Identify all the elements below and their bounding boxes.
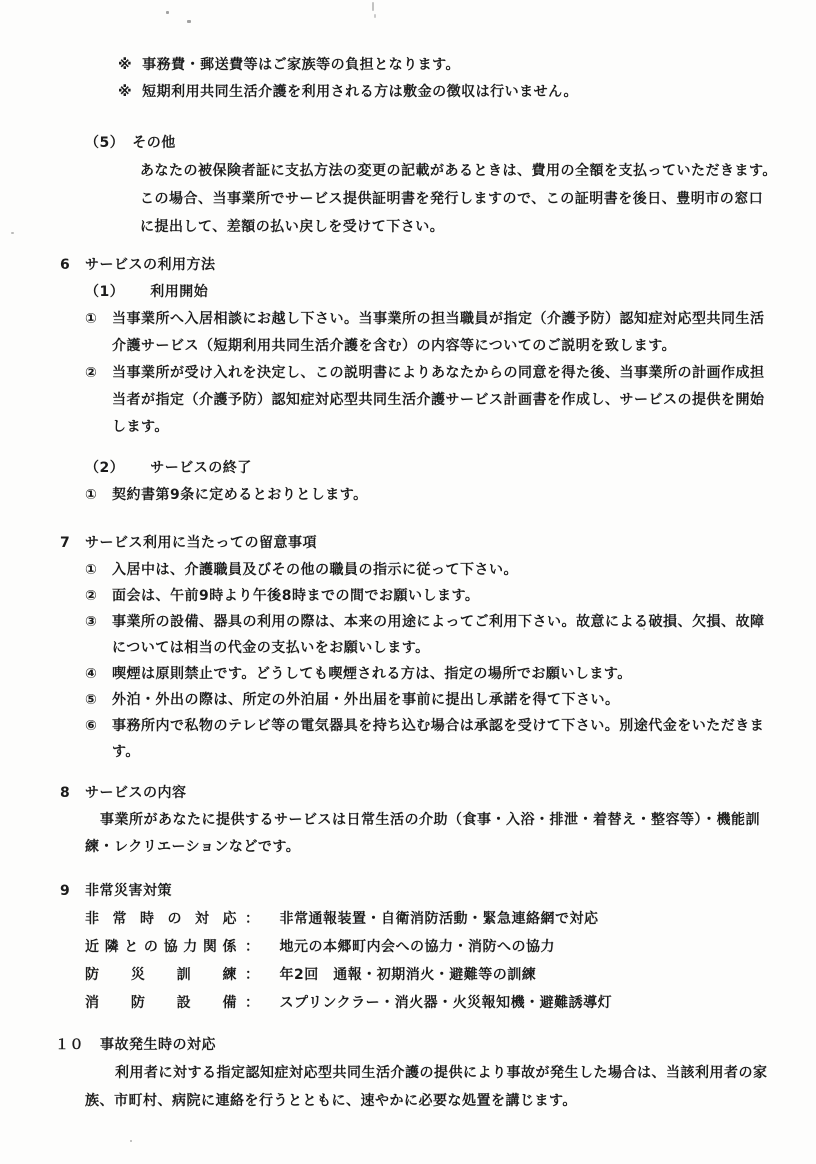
heading-title: 利用開始 [150,284,208,300]
section-8-service-content: 8サービスの内容 事業所があなたに提供するサービスは日常生活の介助（食事・入浴・… [60,780,760,861]
row-value: 年2回 通報・初期消火・避難等の訓練 [280,967,537,983]
emergency-row: 非常時の対応：非常通報装置・自衛消防活動・緊急連絡網で対応 [85,905,612,933]
scanned-document-page: ※事務費・郵送費等はご家族等の負担となります。 ※短期利用共同生活介護を利用され… [0,0,816,1164]
section-7-precautions: 7サービス利用に当たっての留意事項 ① 入居中は、介護職員及びその他の職員の指示… [60,530,765,765]
row-value: スプリンクラー・消火器・火災報知機・避難誘導灯 [280,995,613,1011]
row-label: 非常時の対応 [85,905,237,933]
section-heading: １０事故発生時の対応 [55,1032,768,1059]
paragraph: 事業所があなたに提供するサービスは日常生活の介助（食事・入浴・排泄・着替え・整容… [85,807,760,861]
emergency-row: 近隣との協力関係：地元の本郷町内会への協力・消防への協力 [85,933,612,961]
section-number: 7 [60,530,85,557]
item-line: 事務所内で私物のテレビ等の電気器具を持ち込む場合は承認を受けて下さい。別途代金を… [112,713,765,739]
section-number: 8 [60,780,85,807]
heading-number: （5） [85,135,124,151]
emergency-table: 非常時の対応：非常通報装置・自衛消防活動・緊急連絡網で対応 近隣との協力関係：地… [85,905,612,1017]
item-number: ④ [85,661,97,687]
notes-block: ※事務費・郵送費等はご家族等の負担となります。 ※短期利用共同生活介護を利用され… [118,52,578,106]
section-number: １０ [55,1032,100,1059]
section-title: サービスの内容 [85,785,187,801]
list-item: ⑤ 外泊・外出の際は、所定の外泊届・外出届を事前に提出し承諾を得て下さい。 [85,687,765,713]
section-title: 事故発生時の対応 [100,1037,216,1053]
emergency-row: 防災訓練：年2回 通報・初期消火・避難等の訓練 [85,961,612,989]
subsection-service-end: （2）サービスの終了 ① 契約書第9条に定めるとおりとします。 [85,455,368,509]
item-line: については相当の代金の支払いをお願いします。 [112,635,765,661]
item-line: 当事業所が受け入れを決定し、この説明書によりあなたからの同意を得た後、当事業所の… [112,360,765,387]
paragraph-line: あなたの被保険者証に支払方法の変更の記載があるときは、費用の全額を支払っていただ… [140,157,777,185]
scan-speck [372,2,374,11]
note-line: ※事務費・郵送費等はご家族等の負担となります。 [118,52,578,79]
note-text: 短期利用共同生活介護を利用される方は敷金の徴収は行いません。 [142,84,578,100]
item-line: します。 [112,414,765,441]
section-body: （1）利用開始 ① 当事業所へ入居相談にお越し下さい。当事業所の担当職員が指定（… [85,279,765,441]
scan-speck [166,11,169,14]
item-number: ③ [85,609,97,635]
section-title: 非常災害対策 [85,883,172,899]
row-colon: ： [245,967,260,983]
section-6-service-usage: 6サービスの利用方法 （1）利用開始 ① 当事業所へ入居相談にお越し下さい。当事… [60,252,765,441]
paragraph-line: 練・レクリエーションなどです。 [85,834,760,861]
item-line: 入居中は、介護職員及びその他の職員の指示に従って下さい。 [112,557,765,583]
item-line: 介護サービス（短期利用共同生活介護を含む）の内容等についてのご説明を致します。 [112,333,765,360]
paragraph: 利用者に対する指定認知症対応型共同生活介護の提供により事故が発生した場合は、当該… [85,1059,768,1115]
paragraph: あなたの被保険者証に支払方法の変更の記載があるときは、費用の全額を支払っていただ… [140,157,777,241]
item-line: 契約書第9条に定めるとおりとします。 [112,482,368,509]
item-number: ⑥ [85,713,97,739]
heading-title: その他 [132,135,176,151]
paragraph-line: 事業所があなたに提供するサービスは日常生活の介助（食事・入浴・排泄・着替え・整容… [85,807,760,834]
section-heading: 9非常災害対策 [60,878,612,905]
section-body: ① 入居中は、介護職員及びその他の職員の指示に従って下さい。 ② 面会は、午前9… [85,557,765,765]
list-item: ③ 事業所の設備、器具の利用の際は、本来の用途によってご利用下さい。故意による破… [85,609,765,661]
item-number: ① [85,482,97,509]
list-item: ① 当事業所へ入居相談にお越し下さい。当事業所の担当職員が指定（介護予防）認知症… [85,306,765,360]
paragraph-line: この場合、当事業所でサービス提供証明書を発行しますので、この証明書を後日、豊明市… [140,185,777,213]
row-label: 近隣との協力関係 [85,933,237,961]
scan-speck [187,20,191,23]
note-marker: ※ [118,57,132,73]
row-label: 防災訓練 [85,961,237,989]
item-line: 外泊・外出の際は、所定の外泊届・外出届を事前に提出し承諾を得て下さい。 [112,687,765,713]
row-value: 非常通報装置・自衛消防活動・緊急連絡網で対応 [280,911,599,927]
section-9-emergency-measures: 9非常災害対策 非常時の対応：非常通報装置・自衛消防活動・緊急連絡網で対応 近隣… [60,878,612,1017]
list-item: ② 面会は、午前9時より午後8時までの間でお願いします。 [85,583,765,609]
item-line: 当事業所へ入居相談にお越し下さい。当事業所の担当職員が指定（介護予防）認知症対応… [112,306,765,333]
section-title: サービスの利用方法 [85,257,216,273]
item-number: ② [85,583,97,609]
heading-number: （2） [85,460,124,476]
paragraph-line: 利用者に対する指定認知症対応型共同生活介護の提供により事故が発生した場合は、当該… [85,1059,768,1087]
row-colon: ： [245,995,260,1011]
section-5-other: （5）その他 あなたの被保険者証に支払方法の変更の記載があるときは、費用の全額を… [85,130,777,241]
item-line: 当者が指定（介護予防）認知症対応型共同生活介護サービス計画書を作成し、サービスの… [112,387,765,414]
emergency-row: 消防設備：スプリンクラー・消火器・火災報知機・避難誘導灯 [85,989,612,1017]
section-10-accident-response: １０事故発生時の対応 利用者に対する指定認知症対応型共同生活介護の提供により事故… [55,1032,768,1115]
item-number: ⑤ [85,687,97,713]
row-colon: ： [245,939,260,955]
scan-speck [374,14,376,18]
section-number: 9 [60,878,85,905]
subsection-heading: （2）サービスの終了 [85,455,368,482]
section-heading: 8サービスの内容 [60,780,760,807]
note-marker: ※ [118,84,132,100]
list-item: ② 当事業所が受け入れを決定し、この説明書によりあなたからの同意を得た後、当事業… [85,360,765,441]
paragraph-line: 族、市町村、病院に連絡を行うとともに、速やかに必要な処置を講じます。 [85,1087,768,1115]
item-number: ① [85,306,97,333]
item-line: す。 [112,739,765,765]
list-item: ① 入居中は、介護職員及びその他の職員の指示に従って下さい。 [85,557,765,583]
list-item: ① 契約書第9条に定めるとおりとします。 [85,482,368,509]
heading-number: （1） [85,284,124,300]
row-value: 地元の本郷町内会への協力・消防への協力 [280,939,556,955]
paragraph-line: に提出して、差額の払い戻しを受けて下さい。 [140,213,777,241]
row-label: 消防設備 [85,989,237,1017]
note-line: ※短期利用共同生活介護を利用される方は敷金の徴収は行いません。 [118,79,578,106]
scan-speck [11,232,14,234]
item-line: 事業所の設備、器具の利用の際は、本来の用途によってご利用下さい。故意による破損、… [112,609,765,635]
row-colon: ： [245,911,260,927]
heading-title: サービスの終了 [150,460,252,476]
scan-speck [130,1140,132,1142]
list-item: ④ 喫煙は原則禁止です。どうしても喫煙される方は、指定の場所でお願いします。 [85,661,765,687]
section-title: サービス利用に当たっての留意事項 [85,535,317,551]
note-text: 事務費・郵送費等はご家族等の負担となります。 [142,57,460,73]
item-number: ② [85,360,97,387]
section-heading: 6サービスの利用方法 [60,252,765,279]
item-line: 面会は、午前9時より午後8時までの間でお願いします。 [112,583,765,609]
item-number: ① [85,557,97,583]
list-item: ⑥ 事務所内で私物のテレビ等の電気器具を持ち込む場合は承認を受けて下さい。別途代… [85,713,765,765]
section-number: 6 [60,252,85,279]
section-heading: 7サービス利用に当たっての留意事項 [60,530,765,557]
subsection-heading: （1）利用開始 [85,279,765,306]
item-line: 喫煙は原則禁止です。どうしても喫煙される方は、指定の場所でお願いします。 [112,661,765,687]
subsection-heading: （5）その他 [85,130,777,157]
